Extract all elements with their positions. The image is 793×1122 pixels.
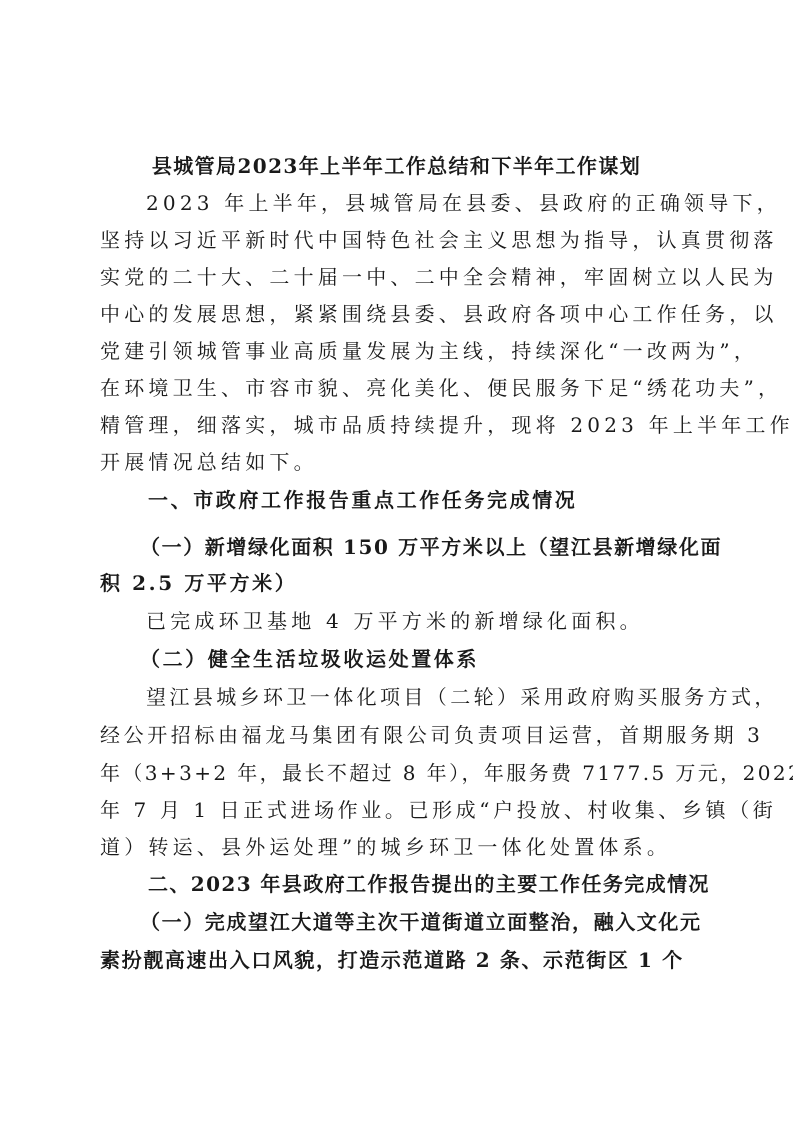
subsection-heading: （一）完成望江大道等主次干道街道立面整治，融入文化元 [140,909,730,935]
document-page: 县城管局2023年上半年工作总结和下半年工作谋划 2023 年上半年，县城管局在… [0,0,793,1122]
paragraph-line: 望江县城乡环卫一体化项目（二轮）采用政府购买服务方式， [146,684,690,710]
section-heading-2: 二、2023 年县政府工作报告提出的主要工作任务完成情况 [148,871,738,897]
paragraph-line: 坚持以习近平新时代中国特色社会主义思想为指导，认真贯彻落 [100,227,690,253]
subsection-heading: （一）新增绿化面积 150 万平方米以上（望江县新增绿化面 [140,534,730,560]
paragraph-line: 党建引领城管事业高质量发展为主线，持续深化“一改两为”， [100,338,690,364]
section-heading-1: 一、市政府工作报告重点工作任务完成情况 [148,487,738,513]
paragraph-line: 实党的二十大、二十届一中、二中全会精神，牢固树立以人民为 [100,264,690,290]
paragraph-line: 已完成环卫基地 4 万平方米的新增绿化面积。 [146,608,690,634]
paragraph-line: 年 7 月 1 日正式进场作业。已形成“户投放、村收集、乡镇（街 [100,797,690,823]
paragraph-line: 经公开招标由福龙马集团有限公司负责项目运营，首期服务期 3 [100,722,690,748]
paragraph-line: 在环境卫生、市容市貌、亮化美化、便民服务下足“绣花功夫”， [100,375,690,401]
subsection-heading: （二）健全生活垃圾收运处置体系 [140,646,730,672]
paragraph-line: 2023 年上半年，县城管局在县委、县政府的正确领导下， [146,190,690,216]
paragraph-line: 开展情况总结如下。 [100,449,690,475]
document-title: 县城管局2023年上半年工作总结和下半年工作谋划 [0,153,793,179]
paragraph-line: 中心的发展思想，紧紧围绕县委、县政府各项中心工作任务，以 [100,301,690,327]
paragraph-line: 精管理，细落实，城市品质持续提升，现将 2023 年上半年工作 [100,412,690,438]
subsection-heading-cont: 素扮靓高速出入口风貌，打造示范道路 2 条、示范街区 1 个 [100,947,690,973]
subsection-heading-cont: 积 2.5 万平方米） [100,570,690,596]
paragraph-line: 年（3+3+2 年，最长不超过 8 年），年服务费 7177.5 万元，2022 [100,760,690,786]
paragraph-line: 道）转运、县外运处理”的城乡环卫一体化处置体系。 [100,834,690,860]
